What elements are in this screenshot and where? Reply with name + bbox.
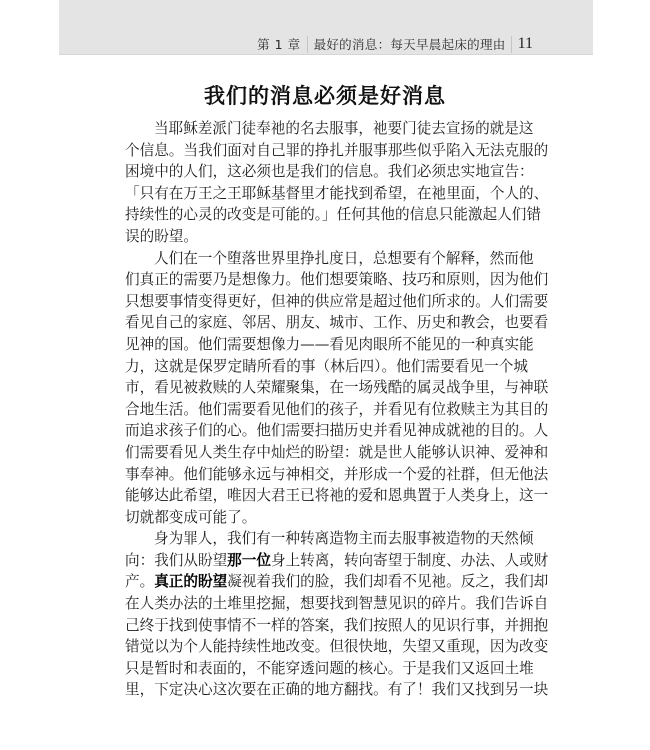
text-line: 里，下定决心这次要在正确的地方翻找。有了！我们又找到另一块: [125, 679, 528, 701]
emphasis-text: 那一位: [227, 552, 271, 569]
text-line: 事奉神。他们能够永远与神相交，并形成一个爱的社群，但无他法: [125, 464, 528, 486]
text-line: 个信息。当我们面对自己罪的挣扎并服事那些似乎陷入无法克服的: [125, 140, 528, 162]
text-line: 在人类办法的土堆里挖掘，想要找到智慧见识的碎片。我们告诉自: [125, 593, 528, 615]
text-line: 们需要看见人类生存中灿烂的盼望：就是世人能够认识神、爱神和: [125, 442, 528, 464]
text-line: 而追求孩子们的心。他们需要扫描历史并看见神成就祂的目的。人: [125, 420, 528, 442]
text-run: 向：我们从盼望: [125, 552, 227, 569]
text-line: 持续性的心灵的改变是可能的。」任何其他的信息只能激起人们错: [125, 204, 528, 226]
section-heading: 我们的消息必须是好消息: [0, 80, 650, 110]
text-line: 只是暂时和表面的，不能穿透问题的核心。于是我们又返回土堆: [125, 658, 528, 680]
text-line: 们真正的需要乃是想像力。他们想要策略、技巧和原则，因为他们: [125, 269, 528, 291]
text-line: 产。真正的盼望凝视着我们的脸，我们却看不见祂。反之，我们却: [125, 571, 528, 593]
text-line: 合地生活。他们需要看见他们的孩子，并看见有位救赎主为其目的: [125, 399, 528, 421]
body-text: 当耶稣差派门徒奉祂的名去服事，祂要门徒去宣扬的就是这 个信息。当我们面对自己罪的…: [125, 118, 528, 701]
text-line: 见神的国。他们需要想像力——看见肉眼所不能见的一种真实能: [125, 334, 528, 356]
text-run: 身上转离，转向寄望于制度、办法、人或财: [271, 552, 548, 569]
text-line: 人们在一个堕落世界里挣扎度日，总想要有个解释，然而他: [125, 248, 528, 270]
text-line: 错觉以为个人能持续性地改变。但很快地，失望又重现，因为改变: [125, 636, 528, 658]
text-line: 力，这就是保罗定睛所看的事（林后四）。他们需要看见一个城: [125, 356, 528, 378]
text-line: 身为罪人，我们有一种转离造物主而去服事被造物的天然倾: [125, 528, 528, 550]
text-line: 市，看见被救赎的人荣耀聚集，在一场残酷的属灵战争里，与神联: [125, 377, 528, 399]
text-line: 看见自己的家庭、邻居、朋友、城市、工作、历史和教会，也要看: [125, 312, 528, 334]
emphasis-text: 真正的盼望: [154, 573, 227, 590]
text-line: 「只有在万王之王耶稣基督里才能找到希望，在祂里面，个人的、: [125, 183, 528, 205]
text-line: 困境中的人们，这必须也是我们的信息。我们必须忠实地宣告：: [125, 161, 528, 183]
text-line: 切就都变成可能了。: [125, 507, 528, 529]
running-head: 第 1 章 最好的消息：每天早晨起床的理由 11: [59, 0, 593, 55]
text-line: 能够达此希望，唯因大君王已将祂的爱和恩典置于人类身上，这一: [125, 485, 528, 507]
running-head-content: 第 1 章 最好的消息：每天早晨起床的理由 11: [257, 36, 533, 52]
text-line: 当耶稣差派门徒奉祂的名去服事，祂要门徒去宣扬的就是这: [125, 118, 528, 140]
text-line: 向：我们从盼望那一位身上转离，转向寄望于制度、办法、人或财: [125, 550, 528, 572]
chapter-label: 第 1 章: [257, 35, 306, 53]
text-run: 凝视着我们的脸，我们却看不见祂。反之，我们却: [227, 573, 548, 590]
text-line: 己终于找到使事情不一样的答案，我们按照人的见识行事，并拥抱: [125, 615, 528, 637]
text-run: 产。: [125, 573, 154, 590]
page-number: 11: [512, 35, 533, 53]
text-line: 误的盼望。: [125, 226, 528, 248]
text-line: 只想要事情变得更好，但神的供应常是超过他们所求的。人们需要: [125, 291, 528, 313]
chapter-title: 最好的消息：每天早晨起床的理由: [308, 35, 511, 53]
